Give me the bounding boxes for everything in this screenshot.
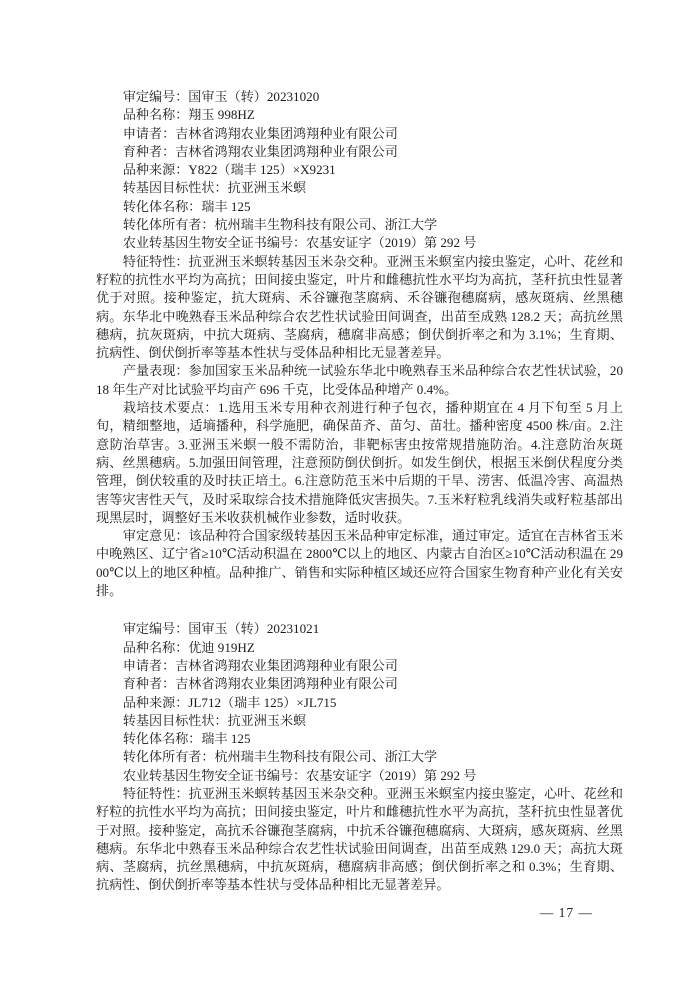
- field-line-biosafety-certificate: 农业转基因生物安全证书编号：农基安证字（2019）第 292 号: [96, 767, 623, 785]
- field-line-breeder: 育种者：吉林省鸿翔农业集团鸿翔种业有限公司: [96, 143, 623, 161]
- paragraph-approval-opinion: 审定意见：该品种符合国家级转基因玉米品种审定标准，通过审定。适宜在吉林省玉米中晚…: [96, 527, 623, 600]
- field-line-variety-name: 品种名称：翔玉 998HZ: [96, 106, 623, 124]
- field-line-breeder: 育种者：吉林省鸿翔农业集团鸿翔种业有限公司: [96, 675, 623, 693]
- field-line-variety-origin: 品种来源：JL712（瑞丰 125）×JL715: [96, 694, 623, 712]
- paragraph-yield-performance: 产量表现：参加国家玉米品种统一试验东华北中晚熟春玉米品种综合农艺性状试验，201…: [96, 362, 623, 399]
- section-divider-gap: [96, 600, 623, 620]
- paragraph-characteristics: 特征特性：抗亚洲玉米螟转基因玉米杂交种。亚洲玉米螟室内接虫鉴定，心叶、花丝和籽粒…: [96, 785, 623, 895]
- paragraph-cultivation-key-points: 栽培技术要点：1.选用玉米专用种衣剂进行种子包衣，播种期宜在 4 月下旬至 5 …: [96, 399, 623, 527]
- field-line-gm-target-trait: 转基因目标性状：抗亚洲玉米螟: [96, 712, 623, 730]
- page-number: — 17 —: [540, 905, 593, 921]
- field-line-variety-origin: 品种来源：Y822（瑞丰 125）×X9231: [96, 161, 623, 179]
- field-line-transformant-name: 转化体名称：瑞丰 125: [96, 198, 623, 216]
- paragraph-characteristics: 特征特性：抗亚洲玉米螟转基因玉米杂交种。亚洲玉米螟室内接虫鉴定，心叶、花丝和籽粒…: [96, 253, 623, 363]
- field-line-approval-number: 审定编号：国审玉（转）20231021: [96, 620, 623, 638]
- field-line-approval-number: 审定编号：国审玉（转）20231020: [96, 88, 623, 106]
- document-page: 审定编号：国审玉（转）20231020 品种名称：翔玉 998HZ 申请者：吉林…: [0, 0, 700, 990]
- field-line-gm-target-trait: 转基因目标性状：抗亚洲玉米螟: [96, 179, 623, 197]
- field-line-transformant-owner: 转化体所有者：杭州瑞丰生物科技有限公司、浙江大学: [96, 216, 623, 234]
- field-line-biosafety-certificate: 农业转基因生物安全证书编号：农基安证字（2019）第 292 号: [96, 234, 623, 252]
- field-line-variety-name: 品种名称：优迪 919HZ: [96, 639, 623, 657]
- field-line-applicant: 申请者：吉林省鸿翔农业集团鸿翔种业有限公司: [96, 657, 623, 675]
- field-line-transformant-owner: 转化体所有者：杭州瑞丰生物科技有限公司、浙江大学: [96, 748, 623, 766]
- document-content: 审定编号：国审玉（转）20231020 品种名称：翔玉 998HZ 申请者：吉林…: [96, 88, 623, 895]
- field-line-transformant-name: 转化体名称：瑞丰 125: [96, 730, 623, 748]
- field-line-applicant: 申请者：吉林省鸿翔农业集团鸿翔种业有限公司: [96, 125, 623, 143]
